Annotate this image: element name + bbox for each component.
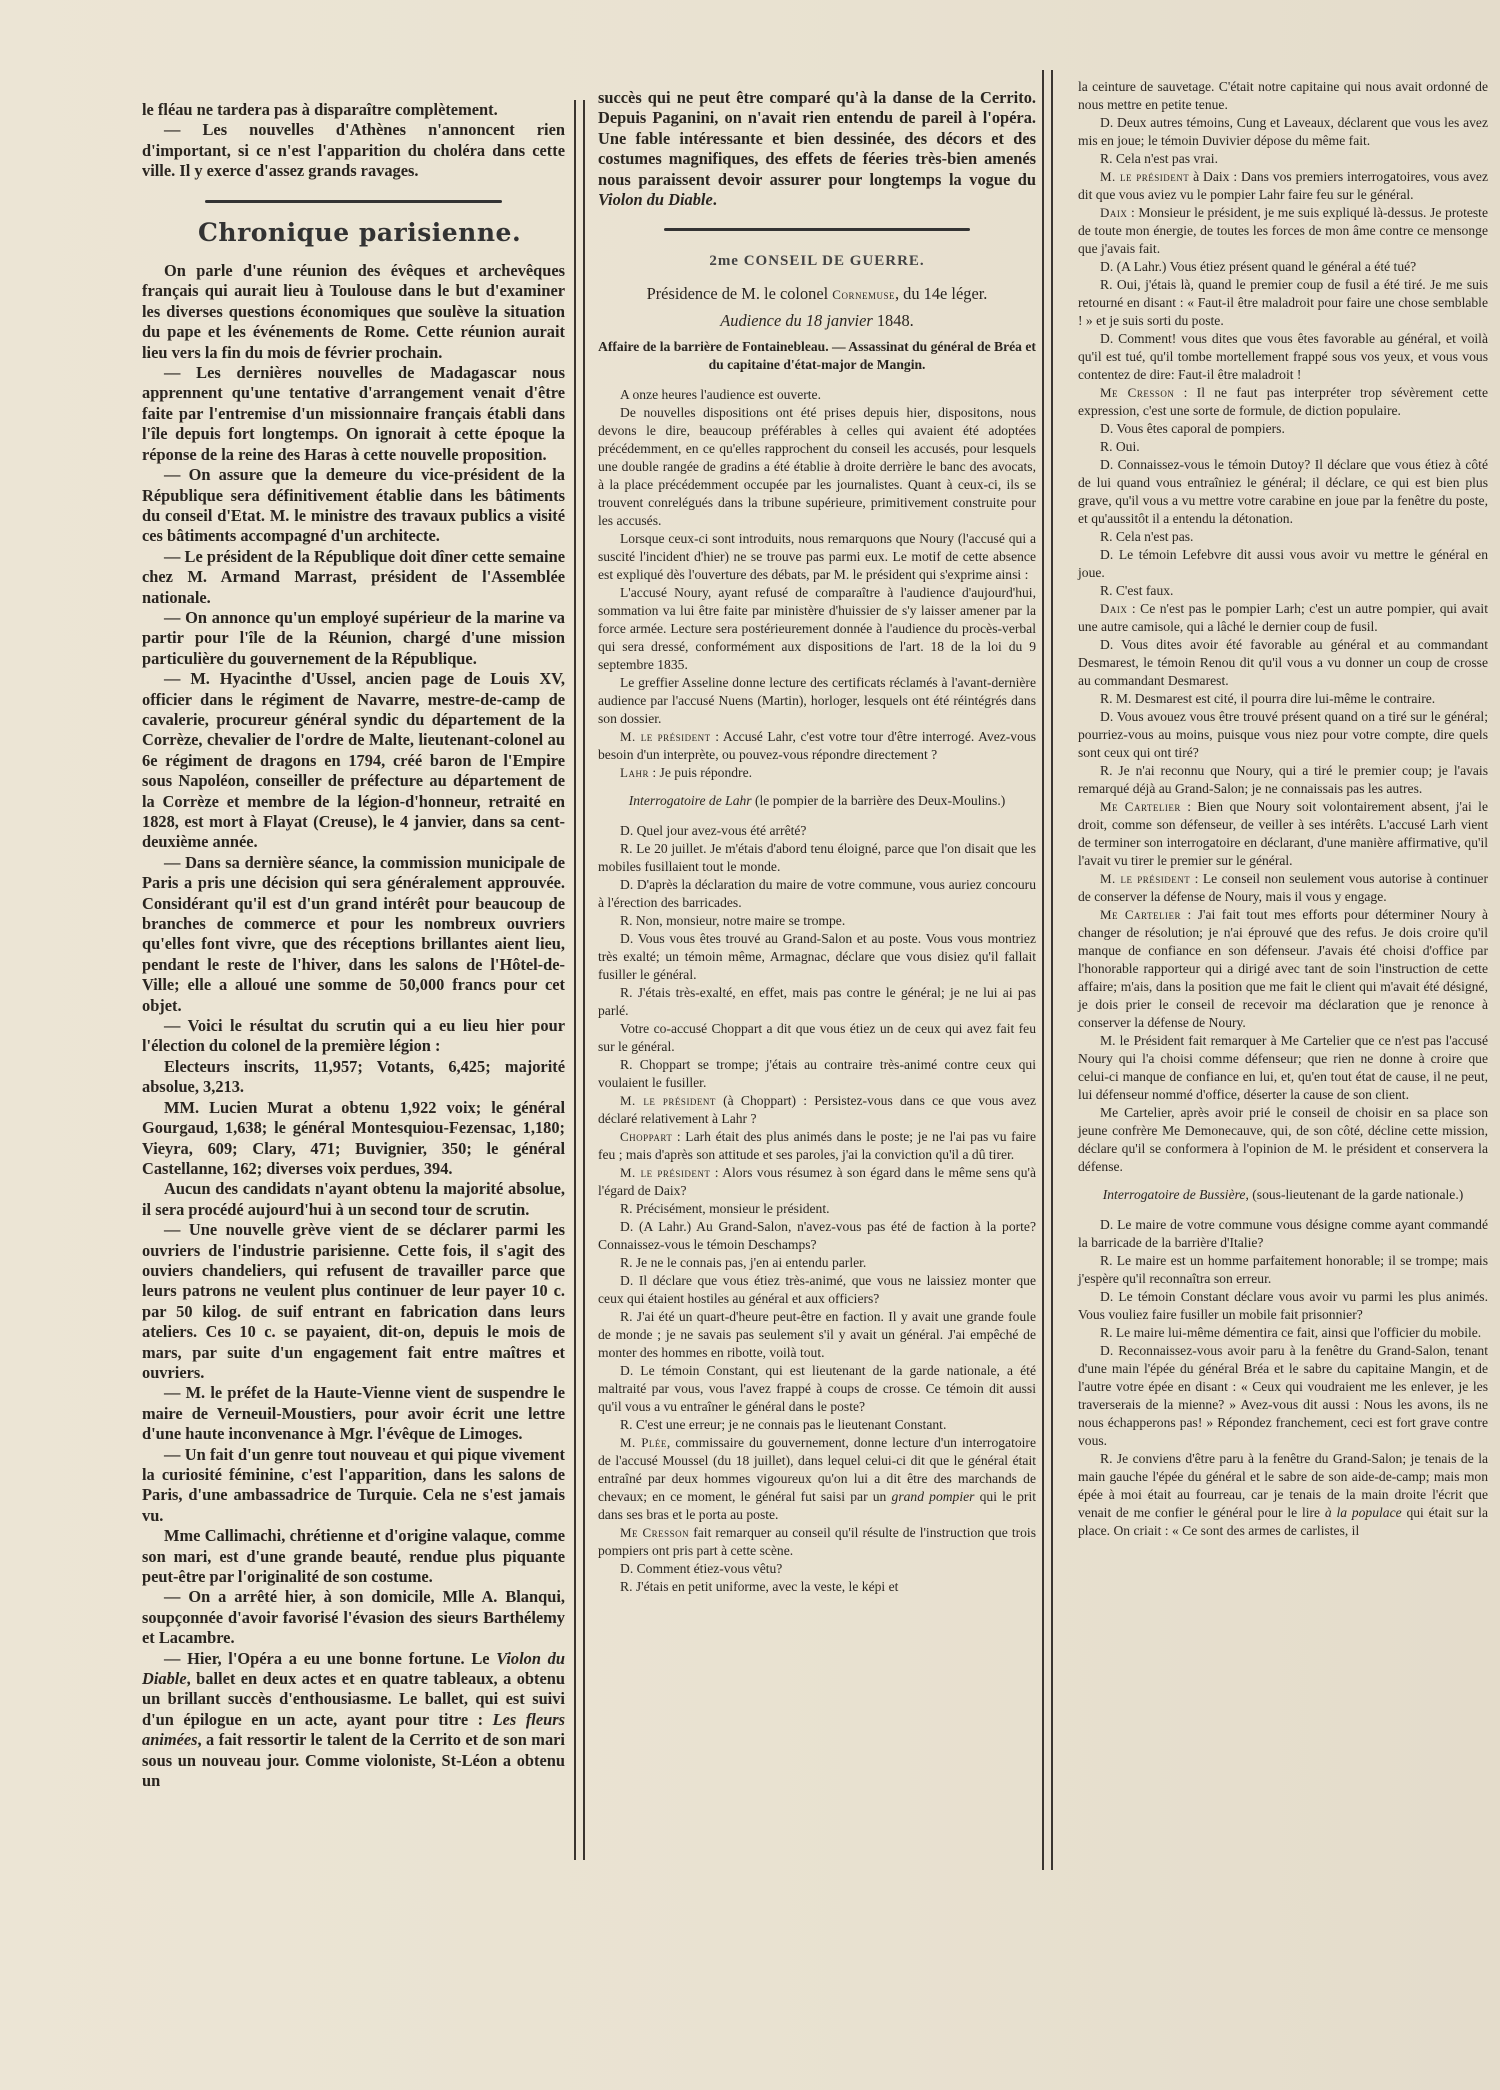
presidency-line: Présidence de M. le colonel Cornemuse, d… (598, 284, 1036, 305)
speaker-name: M. le président (620, 1165, 710, 1180)
dialogue-line: M. le président (à Choppart) : Persistez… (598, 1092, 1036, 1128)
dialogue: D. Le maire de votre commune vous désign… (1078, 1216, 1488, 1450)
paragraph: — M. le préfet de la Haute-Vienne vient … (142, 1383, 565, 1444)
audience-date: Audience du 18 janvier 1848. (598, 311, 1036, 331)
dialogue-line: R. Non, monsieur, notre maire se trompe. (598, 912, 1036, 930)
paragraph-opera: — Hier, l'Opéra a eu une bonne fortune. … (142, 1649, 565, 1792)
paragraph: De nouvelles dispositions ont été prises… (598, 404, 1036, 530)
dialogue-line: R. J'ai été un quart-d'heure peut-être e… (598, 1308, 1036, 1362)
dialogue-text: D. (A Lahr.) Vous étiez présent quand le… (1100, 259, 1416, 274)
paragraph: Le greffier Asseline donne lecture des c… (598, 674, 1036, 728)
paragraph: — Le président de la République doit dîn… (142, 547, 565, 608)
dialogue-line: D. Le témoin Constant, qui est lieutenan… (598, 1362, 1036, 1416)
dialogue-text: R. M. Desmarest est cité, il pourra dire… (1100, 691, 1435, 706)
chronicle-paragraphs: On parle d'une réunion des évêques et ar… (142, 261, 565, 1649)
newspaper-page: le fléau ne tardera pas à disparaître co… (0, 0, 1500, 2090)
paragraph: — Une nouvelle grève vient de se déclare… (142, 1220, 565, 1383)
speaker-name: Daix (1100, 205, 1127, 220)
paragraph: succès qui ne peut être comparé qu'à la … (598, 88, 1036, 210)
dialogue-text: Votre co-accusé Choppart a dit que vous … (598, 1021, 1036, 1054)
speaker-name: Me Cresson (620, 1525, 689, 1540)
paragraph: On parle d'une réunion des évêques et ar… (142, 261, 565, 363)
dialogue-text: R. Je n'ai reconnu que Noury, qui a tiré… (1078, 763, 1488, 796)
dialogue-line: D. Comment étiez-vous vêtu? (598, 1560, 1036, 1578)
dialogue-text: D. Le témoin Constant, qui est lieutenan… (598, 1363, 1036, 1414)
dialogue-line: R. C'est une erreur; je ne connais pas l… (598, 1416, 1036, 1434)
dialogue-text: R. Non, monsieur, notre maire se trompe. (620, 913, 845, 928)
dialogue-line: M. le président : Alors vous résumez à s… (598, 1164, 1036, 1200)
dialogue-line: D. (A Lahr.) Vous étiez présent quand le… (1078, 258, 1488, 276)
speaker-name: Choppart (620, 1129, 672, 1144)
dialogue-text: : Monsieur le président, je me suis expl… (1078, 205, 1488, 256)
dialogue-text: la ceinture de sauvetage. C'était notre … (1078, 79, 1488, 112)
interrogation-heading: Interrogatoire de Lahr (le pompier de la… (598, 792, 1036, 810)
speaker-name: Me Cartelier (1100, 907, 1181, 922)
dialogue-line: M. le président : Accusé Lahr, c'est vot… (598, 728, 1036, 764)
dialogue-line: R. Précisément, monsieur le président. (598, 1200, 1036, 1218)
dialogue-text: R. J'étais très-exalté, en effet, mais p… (598, 985, 1036, 1018)
paragraph: Electeurs inscrits, 11,957; Votants, 6,4… (142, 1057, 565, 1098)
paragraph: — On annonce qu'un employé supérieur de … (142, 608, 565, 669)
dialogue-line: M. le Président fait remarquer à Me Cart… (1078, 1032, 1488, 1104)
paragraph: — Un fait d'un genre tout nouveau et qui… (142, 1445, 565, 1527)
dialogue-line: D. Deux autres témoins, Cung et Laveaux,… (1078, 114, 1488, 150)
dialogue-line: R. Je ne le connais pas, j'en ai entendu… (598, 1254, 1036, 1272)
interrogation-heading: Interrogatoire de Bussière, (sous-lieute… (1078, 1186, 1488, 1204)
paragraph: Lorsque ceux-ci sont introduits, nous re… (598, 530, 1036, 584)
dialogue-line: Me Cartelier : J'ai fait tout mes effort… (1078, 906, 1488, 1032)
dialogue: M. le président : Accusé Lahr, c'est vot… (598, 728, 1036, 782)
paragraph: le fléau ne tardera pas à disparaître co… (142, 100, 565, 120)
section-title: Chronique parisienne. (198, 223, 565, 243)
dialogue-text: R. Le 20 juillet. Je m'étais d'abord ten… (598, 841, 1036, 874)
section-divider (205, 200, 501, 203)
dialogue-text: R. C'est faux. (1100, 583, 1173, 598)
dialogue-line: R. J'étais en petit uniforme, avec la ve… (598, 1578, 1036, 1596)
dialogue-line: R. Cela n'est pas. (1078, 528, 1488, 546)
dialogue-text: Me Cartelier, après avoir prié le consei… (1078, 1105, 1488, 1174)
dialogue-line: Votre co-accusé Choppart a dit que vous … (598, 1020, 1036, 1056)
dialogue-line: Lahr : Je puis répondre. (598, 764, 1036, 782)
dialogue-text: R. Oui. (1100, 439, 1140, 454)
court-paragraphs: A onze heures l'audience est ouverte.De … (598, 386, 1036, 728)
court-title: 2me CONSEIL DE GUERRE. (598, 251, 1036, 271)
dialogue-text: R. J'ai été un quart-d'heure peut-être e… (598, 1309, 1036, 1360)
paragraph: Aucun des candidats n'ayant obtenu la ma… (142, 1179, 565, 1220)
dialogue-text: R. Choppart se trompe; j'étais au contra… (598, 1057, 1036, 1090)
dialogue-line: D. Vous avouez vous être trouvé présent … (1078, 708, 1488, 762)
dialogue-line: D. (A Lahr.) Au Grand-Salon, n'avez-vous… (598, 1218, 1036, 1254)
dialogue-line: Me Cresson fait remarquer au conseil qu'… (598, 1524, 1036, 1560)
paragraph: L'accusé Noury, ayant refusé de comparaî… (598, 584, 1036, 674)
paragraph-final: R. Je conviens d'être paru à la fenêtre … (1078, 1450, 1488, 1540)
dialogue-text: R. Cela n'est pas. (1100, 529, 1193, 544)
dialogue-line: M. le président : Le conseil non seuleme… (1078, 870, 1488, 906)
paragraph: A onze heures l'audience est ouverte. (598, 386, 1036, 404)
dialogue-line: D. Le maire de votre commune vous désign… (1078, 1216, 1488, 1252)
dialogue-line: R. Le maire est un homme parfaitement ho… (1078, 1252, 1488, 1288)
section-divider (664, 228, 971, 231)
dialogue-line: D. Connaissez-vous le témoin Dutoy? Il d… (1078, 456, 1488, 528)
dialogue-text: R. Le maire est un homme parfaitement ho… (1078, 1253, 1488, 1286)
dialogue-line: Daix : Monsieur le président, je me suis… (1078, 204, 1488, 258)
dialogue-text: R. Précisément, monsieur le président. (620, 1201, 830, 1216)
dialogue: la ceinture de sauvetage. C'était notre … (1078, 78, 1488, 1176)
dialogue-line: Choppart : Larh était des plus animés da… (598, 1128, 1036, 1164)
dialogue-text: D. (A Lahr.) Au Grand-Salon, n'avez-vous… (598, 1219, 1036, 1252)
column-rule (574, 100, 585, 1860)
dialogue-line: D. Le témoin Constant déclare vous avoir… (1078, 1288, 1488, 1324)
dialogue-text: D. Le témoin Constant déclare vous avoir… (1078, 1289, 1488, 1322)
speaker-name: Daix (1100, 601, 1127, 616)
speaker-name: M. le président (1100, 871, 1190, 886)
dialogue-line: R. Le 20 juillet. Je m'étais d'abord ten… (598, 840, 1036, 876)
column-3: la ceinture de sauvetage. C'était notre … (1078, 78, 1488, 1540)
speaker-name: M. le président (620, 729, 711, 744)
dialogue-line: R. Oui, j'étais là, quand le premier cou… (1078, 276, 1488, 330)
dialogue-line: Daix : Ce n'est pas le pompier Larh; c'e… (1078, 600, 1488, 636)
dialogue-line: Me Cartelier : Bien que Noury soit volon… (1078, 798, 1488, 870)
paragraph: — Les nouvelles d'Athènes n'annoncent ri… (142, 120, 565, 181)
dialogue-line: R. Choppart se trompe; j'étais au contra… (598, 1056, 1036, 1092)
column-rule (1042, 70, 1053, 1870)
dialogue-line: R. J'étais très-exalté, en effet, mais p… (598, 984, 1036, 1020)
dialogue-line: D. Vous vous êtes trouvé au Grand-Salon … (598, 930, 1036, 984)
speaker-name: M. le président (1100, 169, 1189, 184)
dialogue-text: D. Comment étiez-vous vêtu? (620, 1561, 782, 1576)
dialogue-text: M. le Président fait remarquer à Me Cart… (1078, 1033, 1488, 1102)
dialogue-line: Me Cartelier, après avoir prié le consei… (1078, 1104, 1488, 1176)
paragraph: — Les dernières nouvelles de Madagascar … (142, 363, 565, 465)
dialogue-line: Me Cresson : Il ne faut pas interpréter … (1078, 384, 1488, 420)
column-2: succès qui ne peut être comparé qu'à la … (598, 88, 1036, 1596)
dialogue-text: D. Connaissez-vous le témoin Dutoy? Il d… (1078, 457, 1488, 526)
dialogue-line: D. Le témoin Lefebvre dit aussi vous avo… (1078, 546, 1488, 582)
dialogue-text: D. Il déclare que vous étiez très-animé,… (598, 1273, 1036, 1306)
dialogue-text: D. D'après la déclaration du maire de vo… (598, 877, 1036, 910)
dialogue-line: R. C'est faux. (1078, 582, 1488, 600)
dialogue-text: D. Quel jour avez-vous été arrêté? (620, 823, 806, 838)
dialogue-text: : Ce n'est pas le pompier Larh; c'est un… (1078, 601, 1488, 634)
dialogue-line: R. Cela n'est pas vrai. (1078, 150, 1488, 168)
dialogue-line: R. M. Desmarest est cité, il pourra dire… (1078, 690, 1488, 708)
dialogue-line: D. D'après la déclaration du maire de vo… (598, 876, 1036, 912)
speaker-name: Lahr (620, 765, 649, 780)
dialogue-text: D. Le témoin Lefebvre dit aussi vous avo… (1078, 547, 1488, 580)
paragraph: Mme Callimachi, chrétienne et d'origine … (142, 1526, 565, 1587)
column-1: le fléau ne tardera pas à disparaître co… (142, 100, 565, 1792)
dialogue-text: D. Vous dites avoir été favorable au gén… (1078, 637, 1488, 688)
dialogue-line: D. Reconnaissez-vous avoir paru à la fen… (1078, 1342, 1488, 1450)
dialogue-text: R. Oui, j'étais là, quand le premier cou… (1078, 277, 1488, 328)
dialogue-text: R. C'est une erreur; je ne connais pas l… (620, 1417, 946, 1432)
paragraph-plee: M. Plée, commissaire du gouvernement, do… (598, 1434, 1036, 1524)
dialogue-line: D. Il déclare que vous étiez très-animé,… (598, 1272, 1036, 1308)
dialogue-text: D. Deux autres témoins, Cung et Laveaux,… (1078, 115, 1488, 148)
paragraph: — Dans sa dernière séance, la commission… (142, 853, 565, 1016)
dialogue-line: D. Vous êtes caporal de pompiers. (1078, 420, 1488, 438)
dialogue-text: D. Vous êtes caporal de pompiers. (1100, 421, 1285, 436)
paragraph: — M. Hyacinthe d'Ussel, ancien page de L… (142, 669, 565, 853)
dialogue: Me Cresson fait remarquer au conseil qu'… (598, 1524, 1036, 1596)
speaker-name: M. le président (620, 1093, 716, 1108)
dialogue-line: D. Quel jour avez-vous été arrêté? (598, 822, 1036, 840)
dialogue-line: R. Je n'ai reconnu que Noury, qui a tiré… (1078, 762, 1488, 798)
dialogue-line: D. Vous dites avoir été favorable au gén… (1078, 636, 1488, 690)
dialogue-text: D. Reconnaissez-vous avoir paru à la fen… (1078, 1343, 1488, 1448)
dialogue-text: D. Vous vous êtes trouvé au Grand-Salon … (598, 931, 1036, 982)
dialogue-line: R. Oui. (1078, 438, 1488, 456)
paragraph: — On a arrêté hier, à son domicile, Mlle… (142, 1587, 565, 1648)
dialogue-line: la ceinture de sauvetage. C'était notre … (1078, 78, 1488, 114)
dialogue-text: D. Le maire de votre commune vous désign… (1078, 1217, 1488, 1250)
dialogue-text: R. Je ne le connais pas, j'en ai entendu… (620, 1255, 866, 1270)
dialogue-line: D. Comment! vous dites que vous êtes fav… (1078, 330, 1488, 384)
dialogue-text: D. Comment! vous dites que vous êtes fav… (1078, 331, 1488, 382)
dialogue-text: R. J'étais en petit uniforme, avec la ve… (620, 1579, 898, 1594)
dialogue-text: R. Le maire lui-même démentira ce fait, … (1100, 1325, 1481, 1340)
speaker-name: Me Cartelier (1100, 799, 1181, 814)
dialogue-text: : Je puis répondre. (649, 765, 752, 780)
paragraph: — On assure que la demeure du vice-prési… (142, 465, 565, 547)
paragraph: MM. Lucien Murat a obtenu 1,922 voix; le… (142, 1098, 565, 1180)
speaker-name: Me Cresson (1100, 385, 1174, 400)
dialogue-text: D. Vous avouez vous être trouvé présent … (1078, 709, 1488, 760)
dialogue: D. Quel jour avez-vous été arrêté?R. Le … (598, 822, 1036, 1434)
dialogue-text: : J'ai fait tout mes efforts pour déterm… (1078, 907, 1488, 1030)
dialogue-line: R. Le maire lui-même démentira ce fait, … (1078, 1324, 1488, 1342)
affair-summary: Affaire de la barrière de Fontainebleau.… (598, 338, 1036, 374)
dialogue-line: M. le président à Daix : Dans vos premie… (1078, 168, 1488, 204)
dialogue-text: R. Cela n'est pas vrai. (1100, 151, 1218, 166)
paragraph: — Voici le résultat du scrutin qui a eu … (142, 1016, 565, 1057)
